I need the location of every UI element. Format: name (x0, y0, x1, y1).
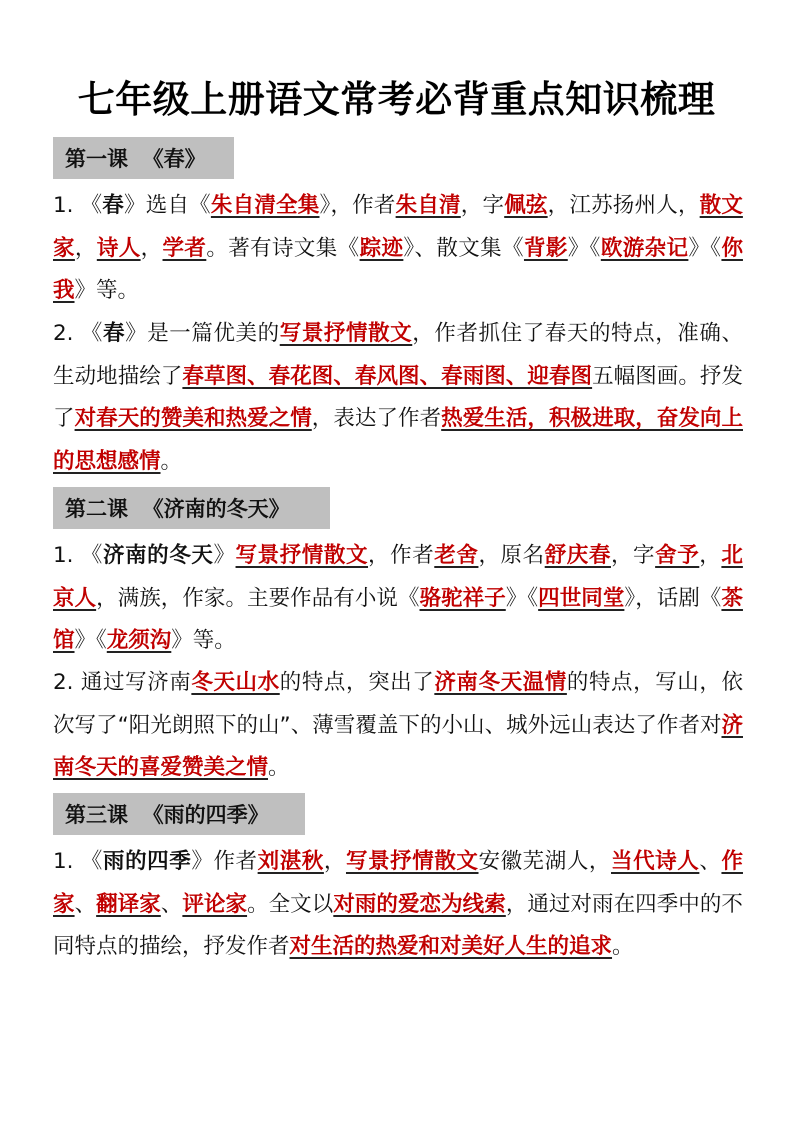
body-text: 、 (75, 892, 97, 917)
body-text: ，表达了作者 (312, 406, 441, 431)
body-text: ， (141, 236, 163, 261)
key-point: 写景抒情散文 (280, 321, 413, 346)
body-text: 1. 《 (53, 543, 103, 568)
key-point: 对春天的赞美和热爱之情 (75, 406, 312, 431)
key-point: 佩弦 (504, 193, 547, 218)
key-point: 写景抒情散文 (236, 543, 369, 568)
key-point: 写景抒情散文 (346, 849, 479, 874)
section-heading-lesson-3: 第三课 《雨的四季》 (53, 793, 305, 835)
body-text: 》等。 (75, 278, 140, 303)
body-text: 》《 (75, 628, 107, 653)
key-point: 当代诗人 (611, 849, 699, 874)
body-text: 的特点，突出了 (280, 670, 435, 695)
key-point: 舒庆春 (545, 543, 611, 568)
key-point: 四世同堂 (538, 586, 624, 611)
body-text: 》《 (688, 236, 721, 261)
section-heading-lesson-2: 第二课 《济南的冬天》 (53, 487, 330, 529)
key-point: 朱自清全集 (211, 193, 320, 218)
body-text: 。全文以 (247, 892, 333, 917)
key-point: 骆驼祥子 (420, 586, 506, 611)
body-text: 、 (161, 892, 183, 917)
key-point: 评论家 (182, 892, 247, 917)
page-title: 七年级上册语文常考必背重点知识梳理 (0, 76, 793, 124)
lesson-title-ref: 春 (103, 321, 125, 346)
key-point: 朱自清 (396, 193, 461, 218)
key-point: 对雨的爱恋为线索 (333, 892, 506, 917)
body-text: 》选自《 (124, 193, 211, 218)
body-text: 》、散文集《 (403, 236, 524, 261)
key-point: 欧游杂记 (601, 236, 689, 261)
body-text: 》《 (568, 236, 601, 261)
lesson-title-ref: 春 (102, 193, 124, 218)
body-text: 。著有诗文集《 (206, 236, 359, 261)
key-point: 学者 (163, 236, 207, 261)
lesson-title-ref: 济南的冬天 (103, 543, 213, 568)
body-text: 。 (161, 449, 183, 474)
body-text: 1. 《 (53, 849, 103, 874)
key-point: 诗人 (97, 236, 141, 261)
paragraph: 1. 《雨的四季》作者刘湛秋，写景抒情散文安徽芜湖人，当代诗人、作家、翻译家、评… (53, 841, 743, 969)
key-point: 背影 (524, 236, 568, 261)
body-text: 2. 通过写济南 (53, 670, 191, 695)
body-text: 》，作者 (319, 193, 395, 218)
key-point: 济南冬天温情 (434, 670, 567, 695)
body-text: ， (699, 543, 721, 568)
key-point: 对生活的热爱和对美好人生的追求 (290, 934, 613, 959)
paragraph: 1. 《济南的冬天》写景抒情散文，作者老舍，原名舒庆春，字舍予，北京人，满族，作… (53, 535, 743, 663)
body-text: 。 (612, 934, 634, 959)
paragraph: 2. 通过写济南冬天山水的特点，突出了济南冬天温情的特点，写山，依次写了“阳光朗… (53, 662, 743, 790)
body-text: ，作者 (368, 543, 434, 568)
body-text: 》《 (506, 586, 538, 611)
key-point: 老舍 (434, 543, 478, 568)
body-text: 》 (213, 543, 235, 568)
key-point: 刘湛秋 (258, 849, 324, 874)
body-text: 、 (699, 849, 721, 874)
body-text: ，满族，作家。主要作品有小说《 (96, 586, 419, 611)
body-text: ，字 (461, 193, 504, 218)
body-text: 》作者 (191, 849, 257, 874)
paragraph: 2. 《春》是一篇优美的写景抒情散文，作者抓住了春天的特点，准确、生动地描绘了春… (53, 313, 743, 483)
body-text: ， (75, 236, 97, 261)
body-text: ，江苏扬州人， (548, 193, 700, 218)
key-point: 春草图、春花图、春风图、春雨图、迎春图 (182, 364, 592, 389)
section-heading-lesson-1: 第一课 《春》 (53, 137, 234, 179)
key-point: 踪迹 (360, 236, 404, 261)
body-text: 》是一篇优美的 (125, 321, 280, 346)
key-point: 舍予 (655, 543, 699, 568)
paragraph: 1. 《春》选自《朱自清全集》，作者朱自清，字佩弦，江苏扬州人，散文家，诗人，学… (53, 185, 743, 313)
lesson-title-ref: 雨的四季 (103, 849, 191, 874)
body-text: 1. 《 (53, 193, 102, 218)
body-text: 。 (268, 755, 290, 780)
key-point: 龙须沟 (107, 628, 172, 653)
body-text: 》等。 (171, 628, 236, 653)
body-text: 安徽芜湖人， (479, 849, 612, 874)
key-point: 冬天山水 (191, 670, 279, 695)
key-point: 翻译家 (96, 892, 161, 917)
body-text: 2. 《 (53, 321, 103, 346)
body-text: ，原名 (478, 543, 544, 568)
body-text: 》，话剧《 (624, 586, 721, 611)
body-text: ， (324, 849, 346, 874)
body-text: ，字 (611, 543, 655, 568)
